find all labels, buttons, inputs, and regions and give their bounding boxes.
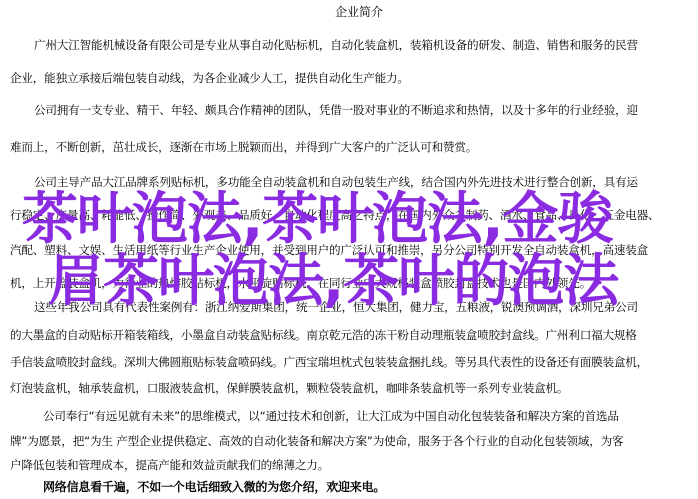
- paragraph-4-line-2: 的大墨盒的自动贴标开箱装箱线，小墨盒自动装盒贴标线。南京乾元浩的冻干粉自动理瓶装…: [10, 327, 690, 343]
- page-title: 企业简介: [0, 4, 698, 20]
- paragraph-3-line-3: 汽配、塑料、文娱、生活用纸等行业生产企业使用，并受到用户的广泛认可和推崇，另分公…: [10, 242, 690, 258]
- paragraph-2-line-1: 公司拥有一支专业、精干、年轻、颇具合作精神的团队，凭借一股对事业的不断追求和热情…: [34, 102, 698, 118]
- paragraph-3-line-2: 行稳定、产量高、耗能低、操作简、外观美、品质好、自动化程度高之特点，在国内外众多…: [10, 207, 690, 223]
- paragraph-5-line-3: 户降低包装和管理成本，提高产能和效益贡献我们的绵薄之力。: [10, 457, 690, 473]
- paragraph-4-line-1: 这些年我公司具有代表性案例有：浙江纳爱斯集团，统一企业，恒大集团，健力宝，五粮液…: [34, 299, 698, 315]
- contact-invitation: 网络信息看千遍，不如一个电话细致入微的为您介绍，欢迎来电。: [43, 479, 698, 495]
- paragraph-1-line-2: 企业，能独立承接后端包装自动线，为各企业减少人工，提供自动化生产能力。: [10, 70, 690, 86]
- paragraph-4-line-4: 灯泡装盒机，轴承装盒机，口服液装盒机，保鲜膜装盒机，颗粒袋装盒机，咖啡条装盒机等…: [10, 380, 690, 396]
- document-page: 企业简介 广州大江智能机械设备有限公司是专业从事自动化贴标机，自动化装盒机，装箱…: [0, 0, 698, 499]
- paragraph-4-line-3: 手信装盒喷胶封盒线。深圳大佛圆瓶贴标装盒喷码线。广西宝瑞坦枕式包装装盒捆扎线。等…: [10, 354, 690, 370]
- paragraph-2-line-2: 难而上，不断创新，茁壮成长，逐渐在市场上脱颖而出，并得到广大客户的广泛认可和赞赏…: [10, 139, 690, 155]
- paragraph-3-line-4: 机，上开盖装盒机，为行业的热熔胶贴标机，水平旋贴标机。在同行业中大规格装盒喷胶封…: [10, 275, 690, 291]
- paragraph-5-line-1: 公司奉行“有远见就有未来”的思维模式，以“通过技术和创新，让大江成为中国自动化包…: [43, 408, 698, 424]
- paragraph-1-line-1: 广州大江智能机械设备有限公司是专业从事自动化贴标机，自动化装盒机，装箱机设备的研…: [34, 37, 698, 53]
- paragraph-5-line-2: 牌”为愿景，把“为生 产型企业提供稳定、高效的自动化装备和解决方案”为使命，服务…: [10, 433, 690, 449]
- paragraph-3-line-1: 公司主导产品大江品牌系列贴标机，多功能全自动装盒机和自动包装生产线，结合国内外先…: [34, 174, 698, 190]
